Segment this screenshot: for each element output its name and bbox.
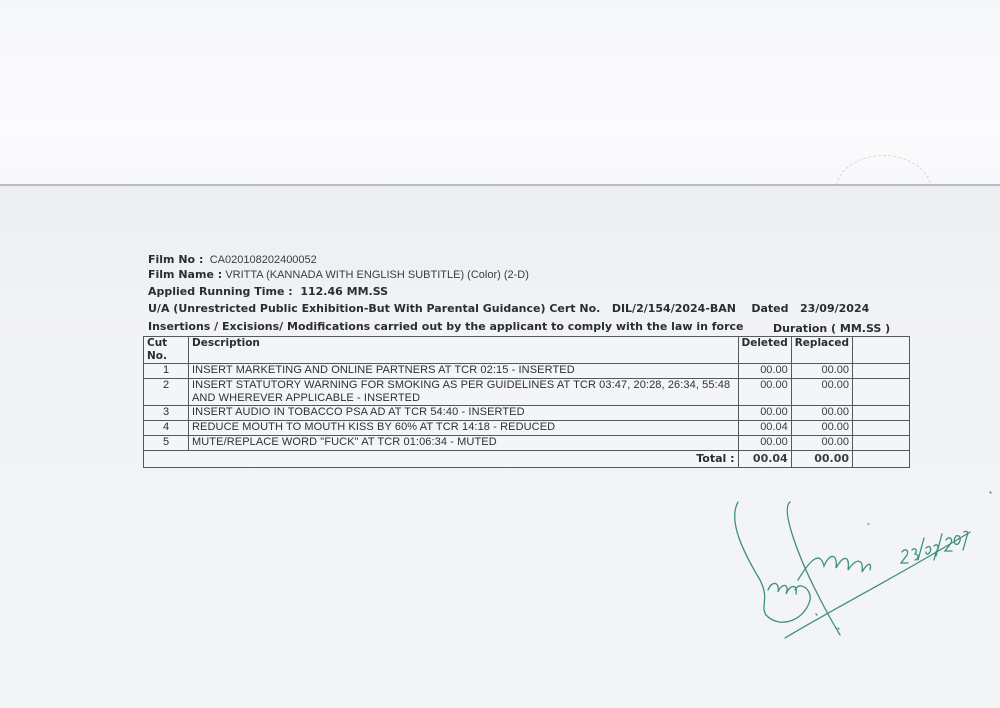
total-label: Total : xyxy=(144,451,739,468)
cut-description: REDUCE MOUTH TO MOUTH KISS BY 60% AT TCR… xyxy=(189,421,739,436)
blank-cell xyxy=(853,379,910,406)
film-name-label: Film Name : xyxy=(148,268,222,281)
film-number-line: Film No : CA020108202400052 xyxy=(148,253,317,266)
table-row: 1INSERT MARKETING AND ONLINE PARTNERS AT… xyxy=(144,364,910,379)
cut-description: INSERT AUDIO IN TOBACCO PSA AD AT TCR 54… xyxy=(189,406,739,421)
total-deleted: 00.04 xyxy=(738,451,791,468)
cut-number: 3 xyxy=(144,406,189,421)
blank-cell xyxy=(853,364,910,379)
replaced-duration: 00.00 xyxy=(791,364,852,379)
signature xyxy=(720,480,1000,650)
cut-description: MUTE/REPLACE WORD "FUCK" AT TCR 01:06:34… xyxy=(189,436,739,451)
running-time-line: Applied Running Time : 112.46 MM.SS xyxy=(148,285,388,298)
film-no-value: CA020108202400052 xyxy=(210,254,317,266)
modifications-heading: Insertions / Excisions/ Modifications ca… xyxy=(148,320,744,333)
cut-number: 2 xyxy=(144,379,189,406)
deleted-duration: 00.04 xyxy=(738,421,791,436)
dated-label: Dated xyxy=(751,302,788,315)
duration-label: Duration ( MM.SS ) xyxy=(773,322,890,335)
header-cut-no: Cut No. xyxy=(144,337,189,364)
table-header-row: Cut No. Description Deleted Replaced xyxy=(144,337,910,364)
blank-cell xyxy=(853,421,910,436)
certificate-date: 23/09/2024 xyxy=(800,302,869,315)
deleted-duration: 00.00 xyxy=(738,406,791,421)
film-name-line: Film Name : VRITTA (KANNADA WITH ENGLISH… xyxy=(148,268,529,281)
certificate-number: DIL/2/154/2024-BAN xyxy=(612,302,736,315)
table-row: 4REDUCE MOUTH TO MOUTH KISS BY 60% AT TC… xyxy=(144,421,910,436)
blank-cell xyxy=(853,436,910,451)
replaced-duration: 00.00 xyxy=(791,421,852,436)
table-row: 2INSERT STATUTORY WARNING FOR SMOKING AS… xyxy=(144,379,910,406)
total-replaced: 00.00 xyxy=(791,451,852,468)
header-replaced: Replaced xyxy=(791,337,852,364)
cut-description: INSERT STATUTORY WARNING FOR SMOKING AS … xyxy=(189,379,739,406)
header-blank xyxy=(853,337,910,364)
replaced-duration: 00.00 xyxy=(791,436,852,451)
overlapping-top-sheet xyxy=(0,0,1000,186)
film-no-label: Film No : xyxy=(148,253,203,266)
table-row: 3INSERT AUDIO IN TOBACCO PSA AD AT TCR 5… xyxy=(144,406,910,421)
cut-number: 5 xyxy=(144,436,189,451)
deleted-duration: 00.00 xyxy=(738,379,791,406)
table-row: 5MUTE/REPLACE WORD "FUCK" AT TCR 01:06:3… xyxy=(144,436,910,451)
running-time-label: Applied Running Time : xyxy=(148,285,293,298)
header-deleted: Deleted xyxy=(738,337,791,364)
replaced-duration: 00.00 xyxy=(791,379,852,406)
deleted-duration: 00.00 xyxy=(738,364,791,379)
cut-number: 4 xyxy=(144,421,189,436)
total-row: Total : 00.04 00.00 xyxy=(144,451,910,468)
certificate-category: U/A (Unrestricted Public Exhibition-But … xyxy=(148,302,600,315)
replaced-duration: 00.00 xyxy=(791,406,852,421)
blank-cell xyxy=(853,406,910,421)
running-time-value: 112.46 MM.SS xyxy=(300,285,388,298)
certificate-line: U/A (Unrestricted Public Exhibition-But … xyxy=(148,302,869,315)
cut-description: INSERT MARKETING AND ONLINE PARTNERS AT … xyxy=(189,364,739,379)
deleted-duration: 00.00 xyxy=(738,436,791,451)
total-blank xyxy=(853,451,910,468)
header-description: Description xyxy=(189,337,739,364)
film-name-value: VRITTA (KANNADA WITH ENGLISH SUBTITLE) (… xyxy=(225,269,529,281)
cuts-table: Cut No. Description Deleted Replaced 1IN… xyxy=(143,336,910,468)
cut-number: 1 xyxy=(144,364,189,379)
